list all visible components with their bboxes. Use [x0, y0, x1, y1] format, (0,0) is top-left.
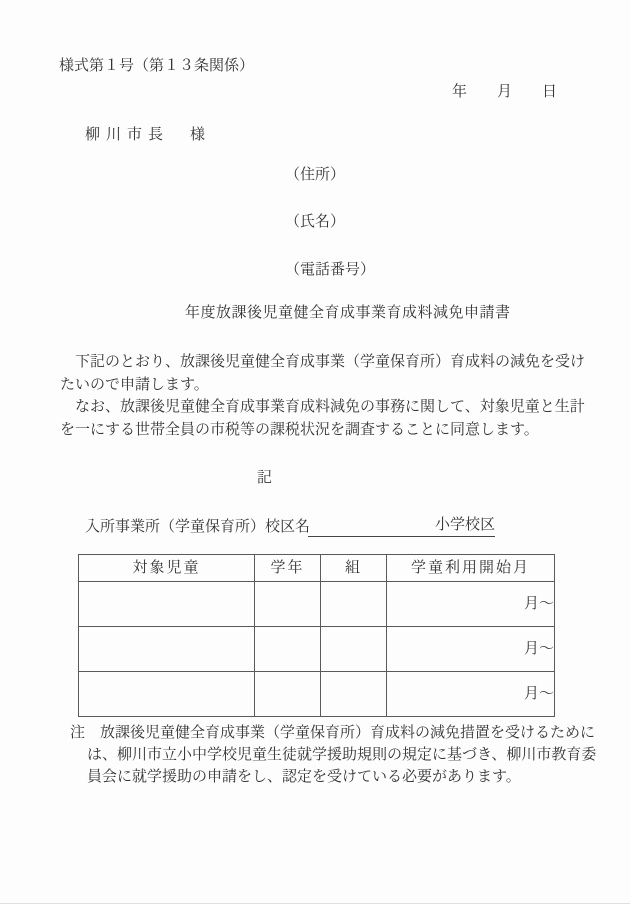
grade-cell [255, 582, 321, 627]
start-month-cell: 月～ [387, 582, 555, 627]
body-paragraphs: 下記のとおり、放課後児童健全育成事業（学童保育所）育成料の減免を受け たいので申… [60, 355, 580, 446]
body-line: なお、放課後児童健全育成事業育成料減免の事務に関して、対象児童と生計 [60, 400, 580, 423]
note-line: は、柳川市立小中学校児童生徒就学援助規則の規定に基づき、柳川市教育委 [87, 748, 596, 770]
school-district-blank-field: 小学校区 [308, 518, 495, 537]
grade-cell [255, 627, 321, 672]
header-start-month: 学童利用開始月 [387, 555, 555, 582]
form-number: 様式第１号（第１３条関係） [59, 59, 254, 74]
note-line: 員会に就学援助の申請をし、認定を受けている必要があります。 [87, 770, 596, 792]
phone-label: （電話番号） [285, 263, 375, 278]
body-line: を一にする世帯全員の市税等の課税状況を調査することに同意します。 [60, 423, 580, 446]
date-line: 年 月 日 [452, 85, 557, 100]
section-marker-ki: 記 [257, 471, 272, 486]
name-label: （氏名） [285, 215, 345, 230]
table-header-row: 対象児童 学年 組 学童利用開始月 [79, 555, 555, 582]
note-paragraph: 注 放課後児童健全育成事業（学童保育所）育成料の減免措置を受けるために は、柳川… [70, 726, 596, 791]
start-month-cell: 月～ [387, 672, 555, 717]
body-line: たいので申請します。 [60, 378, 580, 401]
note-line: 注 放課後児童健全育成事業（学童保育所）育成料の減免措置を受けるために [70, 726, 596, 748]
table-row: 月～ [79, 582, 555, 627]
start-month-cell: 月～ [387, 627, 555, 672]
grade-cell [255, 672, 321, 717]
child-name-cell [79, 627, 255, 672]
addressee-line: 柳川市長 様 [85, 128, 211, 143]
document-title: 年度放課後児童健全育成事業育成料減免申請書 [185, 306, 511, 321]
body-line: 下記のとおり、放課後児童健全育成事業（学童保育所）育成料の減免を受け [60, 355, 580, 378]
header-grade: 学年 [255, 555, 321, 582]
header-child-name: 対象児童 [79, 555, 255, 582]
address-label: （住所） [285, 168, 345, 183]
children-table: 対象児童 学年 組 学童利用開始月 月～ 月～ [78, 554, 555, 717]
class-cell [321, 582, 387, 627]
school-district-suffix: 小学校区 [435, 517, 495, 533]
header-class: 組 [321, 555, 387, 582]
child-name-cell [79, 582, 255, 627]
class-cell [321, 627, 387, 672]
school-district-label: 入所事業所（学童保育所）校区名 [85, 520, 310, 535]
table-row: 月～ [79, 672, 555, 717]
child-name-cell [79, 672, 255, 717]
table-row: 月～ [79, 627, 555, 672]
class-cell [321, 672, 387, 717]
document-page: 様式第１号（第１３条関係） 年 月 日 柳川市長 様 （住所） （氏名） （電話… [0, 0, 630, 904]
